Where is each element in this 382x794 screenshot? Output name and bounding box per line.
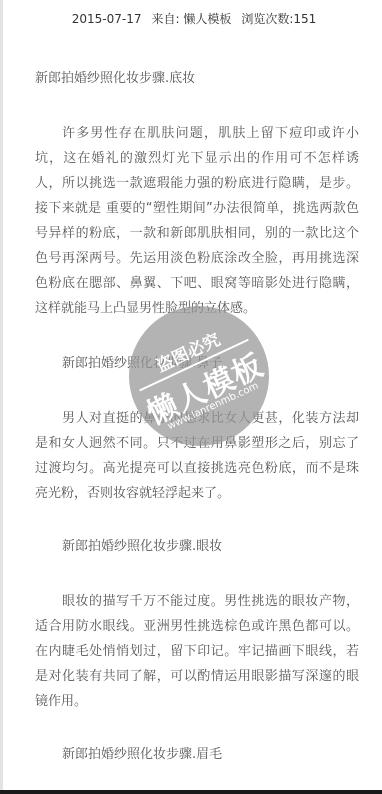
section-heading-nose: 新郎拍婚纱照化妆步骤.鼻子 bbox=[35, 351, 359, 376]
view-count: 浏览次数:151 bbox=[241, 12, 316, 26]
section-heading-eye: 新郎拍婚纱照化妆步骤.眼妆 bbox=[35, 534, 359, 559]
section-heading-eyebrow: 新郎拍婚纱照化妆步骤.眉毛 bbox=[35, 742, 359, 767]
article-page: 2015-07-17来自: 懒人模板浏览次数:151 新郎拍婚纱照化妆步骤.底妆… bbox=[0, 0, 382, 790]
bottom-divider bbox=[0, 790, 382, 794]
section-body-nose: 男人对直挺的鼻子的恳求比女人更甚，化装方法却是和女人迥然不同。只不过在用鼻影塑形… bbox=[35, 406, 359, 506]
article-meta: 2015-07-17来自: 懒人模板浏览次数:151 bbox=[3, 10, 382, 27]
source-label: 来自: 懒人模板 bbox=[151, 12, 231, 26]
section-body-foundation: 许多男性存在肌肤问题，肌肤上留下痘印或许小坑，这在婚礼的激烈灯光下显示出的作用可… bbox=[35, 121, 359, 321]
article-content: 新郎拍婚纱照化妆步骤.底妆 许多男性存在肌肤问题，肌肤上留下痘印或许小坑，这在婚… bbox=[35, 66, 359, 767]
publish-date: 2015-07-17 bbox=[72, 12, 142, 26]
section-body-eye: 眼妆的描写千万不能过度。男性挑选的眼妆产物， 适合用防水眼线。亚洲男性挑选棕色或… bbox=[35, 589, 359, 714]
section-heading-foundation: 新郎拍婚纱照化妆步骤.底妆 bbox=[35, 66, 359, 91]
